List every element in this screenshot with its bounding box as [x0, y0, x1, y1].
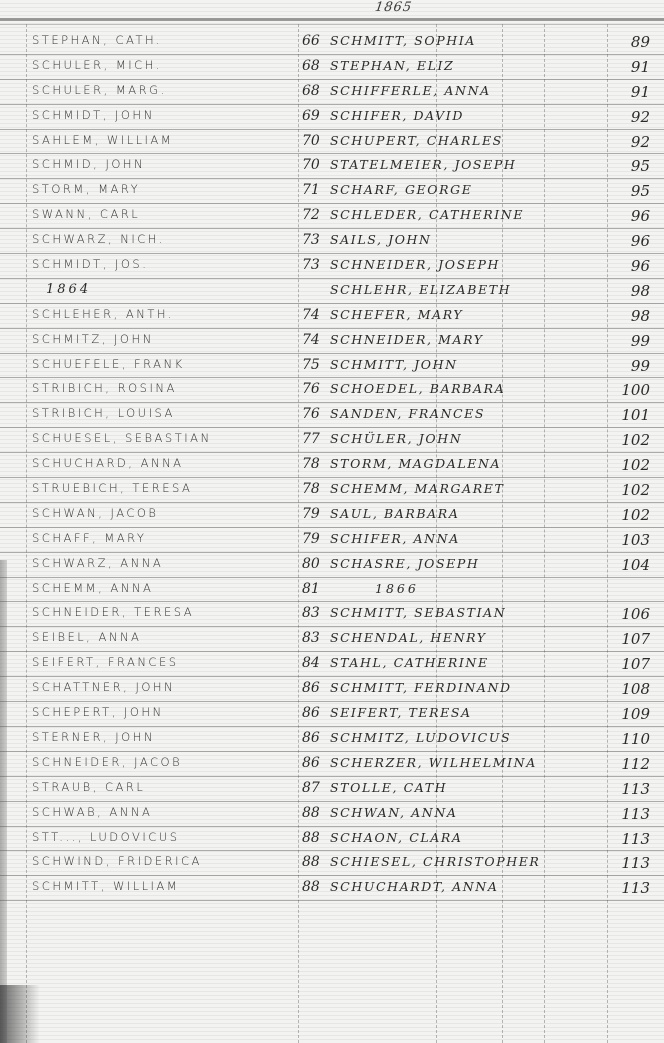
- ledger-row: SCHATTNER, JOHN86SCHMITT, FERDINAND108: [0, 677, 664, 702]
- page-number: 109: [600, 705, 650, 723]
- entry-number: 76: [302, 381, 320, 397]
- ledger-row: SCHULER, MICH.68STEPHAN, ELIZ91: [0, 55, 664, 80]
- page-number: 113: [600, 830, 650, 848]
- entry-number: 76: [302, 406, 320, 422]
- right-name: SCHUPERT, CHARLES: [330, 133, 503, 148]
- left-name: STEPHAN, CATH.: [32, 33, 162, 47]
- page-number: 99: [600, 357, 650, 375]
- right-name: SCHMITT, SOPHIA: [330, 33, 476, 48]
- page-number: 99: [600, 332, 650, 350]
- left-name: SCHWIND, FRIDERICA: [32, 854, 202, 868]
- right-name: SCHMITT, FERDINAND: [330, 680, 512, 695]
- ledger-row: SCHAFF, MARY79SCHIFER, ANNA103: [0, 528, 664, 553]
- entry-number: 78: [302, 456, 320, 472]
- ledger-row: STRIBICH, LOUISA76SANDEN, FRANCES101: [0, 403, 664, 428]
- ledger-row: SCHNEIDER, TERESA83SCHMITT, SEBASTIAN106: [0, 602, 664, 627]
- left-name: SCHWAN, JACOB: [32, 506, 158, 520]
- entry-number: 66: [302, 33, 320, 49]
- right-name: SCHENDAL, HENRY: [330, 630, 487, 645]
- entry-number: 74: [302, 307, 320, 323]
- entry-number: 79: [302, 531, 320, 547]
- left-name: SCHATTNER, JOHN: [32, 680, 175, 694]
- right-name: SCHLEDER, CATHERINE: [330, 207, 524, 222]
- ledger-row: SCHEPERT, JOHN86SEIFERT, TERESA109: [0, 702, 664, 727]
- page-number: 91: [600, 58, 650, 76]
- header-rule-secondary: [0, 24, 664, 25]
- left-name: SCHUEFELE, FRANK: [32, 357, 185, 371]
- ledger-row: STRIBICH, ROSINA76SCHOEDEL, BARBARA100: [0, 378, 664, 403]
- entry-number: 70: [302, 157, 320, 173]
- entry-number: 88: [302, 879, 320, 895]
- ledger-row: STERNER, JOHN86SCHMITZ, LUDOVICUS110: [0, 727, 664, 752]
- right-name: SCHUCHARDT, ANNA: [330, 879, 498, 894]
- entry-number: 68: [302, 83, 320, 99]
- right-name: SCHARF, GEORGE: [330, 182, 472, 197]
- page-number: 113: [600, 879, 650, 897]
- left-name: SCHULER, MICH.: [32, 58, 162, 72]
- right-name: STAHL, CATHERINE: [330, 655, 489, 670]
- right-name: SEIFERT, TERESA: [330, 705, 472, 720]
- left-name: STORM, MARY: [32, 182, 140, 196]
- page-number: 102: [600, 506, 650, 524]
- left-name: SCHMITZ, JOHN: [32, 332, 154, 346]
- left-name: STRIBICH, LOUISA: [32, 406, 175, 420]
- ledger-row: SCHWARZ, NICH.73SAILS, JOHN96: [0, 229, 664, 254]
- ledger-row: SCHMITZ, JOHN74SCHNEIDER, MARY99: [0, 329, 664, 354]
- page-number: 95: [600, 182, 650, 200]
- right-name: SCHAON, CLARA: [330, 830, 463, 845]
- left-name: STT..., LUDOVICUS: [32, 830, 180, 844]
- year-marker: 1866: [375, 581, 419, 596]
- right-name: STEPHAN, ELIZ: [330, 58, 454, 73]
- left-name: SCHEMM, ANNA: [32, 581, 153, 595]
- entry-number: 88: [302, 854, 320, 870]
- entry-number: 77: [302, 431, 320, 447]
- right-name: SCHOEDEL, BARBARA: [330, 381, 505, 396]
- left-name: SAHLEM, WILLIAM: [32, 133, 173, 147]
- ledger-row: SCHUESEL, SEBASTIAN77SCHÜLER, JOHN102: [0, 428, 664, 453]
- page-number: 102: [600, 431, 650, 449]
- entry-number: 80: [302, 556, 320, 572]
- entry-number: 81: [302, 581, 320, 597]
- entry-number: 86: [302, 680, 320, 696]
- page-number: 95: [600, 157, 650, 175]
- right-name: SCHWAN, ANNA: [330, 805, 458, 820]
- ledger-row: 1864SCHLEHR, ELIZABETH98: [0, 279, 664, 304]
- entry-number: 78: [302, 481, 320, 497]
- left-name: SEIFERT, FRANCES: [32, 655, 179, 669]
- ledger-row: SCHMIDT, JOS.73SCHNEIDER, JOSEPH96: [0, 254, 664, 279]
- left-name: SCHWARZ, NICH.: [32, 232, 165, 246]
- entry-number: 87: [302, 780, 320, 796]
- ledger-row: SCHUCHARD, ANNA78STORM, MAGDALENA102: [0, 453, 664, 478]
- ledger-row: SCHMIDT, JOHN69SCHIFER, DAVID92: [0, 105, 664, 130]
- right-name: SCHEMM, MARGARET: [330, 481, 504, 496]
- page-number: 102: [600, 481, 650, 499]
- ledger-row: STRAUB, CARL87STOLLE, CATH113: [0, 777, 664, 802]
- page-number: 98: [600, 282, 650, 300]
- left-name: SWANN, CARL: [32, 207, 140, 221]
- right-name: STORM, MAGDALENA: [330, 456, 501, 471]
- entry-number: 70: [302, 133, 320, 149]
- entry-number: 69: [302, 108, 320, 124]
- right-name: STOLLE, CATH: [330, 780, 447, 795]
- right-name: SCHMITZ, LUDOVICUS: [330, 730, 511, 745]
- right-name: SCHIFER, ANNA: [330, 531, 460, 546]
- scan-shadow: [0, 985, 40, 1043]
- ledger-row: SCHWARZ, ANNA80SCHASRE, JOSEPH104: [0, 553, 664, 578]
- ledger-row: STRUEBICH, TERESA78SCHEMM, MARGARET102: [0, 478, 664, 503]
- left-name: SCHUESEL, SEBASTIAN: [32, 431, 212, 445]
- right-name: SANDEN, FRANCES: [330, 406, 485, 421]
- right-name: SCHLEHR, ELIZABETH: [330, 282, 511, 297]
- entry-number: 79: [302, 506, 320, 522]
- right-name: SCHEFER, MARY: [330, 307, 463, 322]
- page-number: 107: [600, 655, 650, 673]
- right-name: SAUL, BARBARA: [330, 506, 459, 521]
- ledger-row: SCHLEHER, ANTH.74SCHEFER, MARY98: [0, 304, 664, 329]
- entry-number: 83: [302, 605, 320, 621]
- entry-number: 75: [302, 357, 320, 373]
- page-number: 100: [600, 381, 650, 399]
- left-name: SCHEPERT, JOHN: [32, 705, 164, 719]
- header-rule: [0, 18, 664, 21]
- ledger-row: SCHMID, JOHN70STATELMEIER, JOSEPH95: [0, 154, 664, 179]
- page-number: 98: [600, 307, 650, 325]
- entry-number: 74: [302, 332, 320, 348]
- entry-number: 72: [302, 207, 320, 223]
- entry-number: 86: [302, 730, 320, 746]
- right-name: SCHNEIDER, JOSEPH: [330, 257, 500, 272]
- ledger-row: SCHEMM, ANNA811866: [0, 578, 664, 603]
- left-name: SCHAFF, MARY: [32, 531, 146, 545]
- ledger-row: SCHNEIDER, JACOB86SCHERZER, WILHELMINA11…: [0, 752, 664, 777]
- right-name: SCHIESEL, CHRISTOPHER: [330, 854, 540, 869]
- page-number: 96: [600, 232, 650, 250]
- year-marker: 1864: [46, 282, 91, 297]
- page-number: 92: [600, 133, 650, 151]
- left-name: SCHWAB, ANNA: [32, 805, 152, 819]
- page-number: 96: [600, 257, 650, 275]
- page-number: 103: [600, 531, 650, 549]
- ledger-page: 1865 STEPHAN, CATH.66SCHMITT, SOPHIA89SC…: [0, 0, 664, 1043]
- ledger-row: SCHUEFELE, FRANK75SCHMITT, JOHN99: [0, 354, 664, 379]
- left-name: STRUEBICH, TERESA: [32, 481, 192, 495]
- right-name: SCHNEIDER, MARY: [330, 332, 484, 347]
- right-name: SCHMITT, SEBASTIAN: [330, 605, 506, 620]
- page-number: 113: [600, 854, 650, 872]
- page-number: 89: [600, 33, 650, 51]
- page-number: 107: [600, 630, 650, 648]
- entry-number: 86: [302, 705, 320, 721]
- right-name: SCHASRE, JOSEPH: [330, 556, 479, 571]
- ledger-row: STT..., LUDOVICUS88SCHAON, CLARA113: [0, 827, 664, 852]
- left-name: STERNER, JOHN: [32, 730, 155, 744]
- ledger-row: STEPHAN, CATH.66SCHMITT, SOPHIA89: [0, 30, 664, 55]
- entry-number: 84: [302, 655, 320, 671]
- left-name: SCHMIDT, JOS.: [32, 257, 148, 271]
- ledger-row: SAHLEM, WILLIAM70SCHUPERT, CHARLES92: [0, 130, 664, 155]
- ledger-row: SCHWAN, JACOB79SAUL, BARBARA102: [0, 503, 664, 528]
- header-year: 1865: [374, 0, 413, 15]
- ledger-row: SCHWAB, ANNA88SCHWAN, ANNA113: [0, 802, 664, 827]
- left-name: SCHULER, MARG.: [32, 83, 167, 97]
- ledger-row: SCHULER, MARG.68SCHIFFERLE, ANNA91: [0, 80, 664, 105]
- ledger-row: SEIFERT, FRANCES84STAHL, CATHERINE107: [0, 652, 664, 677]
- ledger-row: STORM, MARY71SCHARF, GEORGE95: [0, 179, 664, 204]
- entry-number: 86: [302, 755, 320, 771]
- page-number: 113: [600, 780, 650, 798]
- page-number: 101: [600, 406, 650, 424]
- left-name: SCHMIDT, JOHN: [32, 108, 155, 122]
- page-number: 113: [600, 805, 650, 823]
- page-number: 102: [600, 456, 650, 474]
- left-name: SCHWARZ, ANNA: [32, 556, 163, 570]
- entry-number: 73: [302, 232, 320, 248]
- right-name: STATELMEIER, JOSEPH: [330, 157, 516, 172]
- ledger-row: SCHMITT, WILLIAM88SCHUCHARDT, ANNA113: [0, 876, 664, 901]
- right-name: SCHÜLER, JOHN: [330, 431, 462, 446]
- left-name: SEIBEL, ANNA: [32, 630, 141, 644]
- page-number: 92: [600, 108, 650, 126]
- left-name: SCHNEIDER, TERESA: [32, 605, 194, 619]
- right-name: SCHERZER, WILHELMINA: [330, 755, 537, 770]
- page-number: 91: [600, 83, 650, 101]
- right-name: SCHIFFERLE, ANNA: [330, 83, 491, 98]
- right-name: SCHMITT, JOHN: [330, 357, 458, 372]
- entry-number: 73: [302, 257, 320, 273]
- entry-number: 71: [302, 182, 320, 198]
- left-name: STRIBICH, ROSINA: [32, 381, 177, 395]
- entry-number: 88: [302, 830, 320, 846]
- ledger-row: SEIBEL, ANNA83SCHENDAL, HENRY107: [0, 627, 664, 652]
- page-number: 108: [600, 680, 650, 698]
- left-name: SCHLEHER, ANTH.: [32, 307, 174, 321]
- entry-number: 88: [302, 805, 320, 821]
- entry-number: 83: [302, 630, 320, 646]
- entry-number: 68: [302, 58, 320, 74]
- page-number: 96: [600, 207, 650, 225]
- left-name: SCHMITT, WILLIAM: [32, 879, 179, 893]
- right-name: SCHIFER, DAVID: [330, 108, 464, 123]
- ledger-row: SWANN, CARL72SCHLEDER, CATHERINE96: [0, 204, 664, 229]
- page-number: 104: [600, 556, 650, 574]
- left-name: SCHNEIDER, JACOB: [32, 755, 182, 769]
- ledger-row: SCHWIND, FRIDERICA88SCHIESEL, CHRISTOPHE…: [0, 851, 664, 876]
- left-name: SCHUCHARD, ANNA: [32, 456, 184, 470]
- page-number: 112: [600, 755, 650, 773]
- left-name: SCHMID, JOHN: [32, 157, 145, 171]
- left-name: STRAUB, CARL: [32, 780, 145, 794]
- page-number: 106: [600, 605, 650, 623]
- ledger-entries: STEPHAN, CATH.66SCHMITT, SOPHIA89SCHULER…: [0, 30, 664, 901]
- right-name: SAILS, JOHN: [330, 232, 432, 247]
- page-number: 110: [600, 730, 650, 748]
